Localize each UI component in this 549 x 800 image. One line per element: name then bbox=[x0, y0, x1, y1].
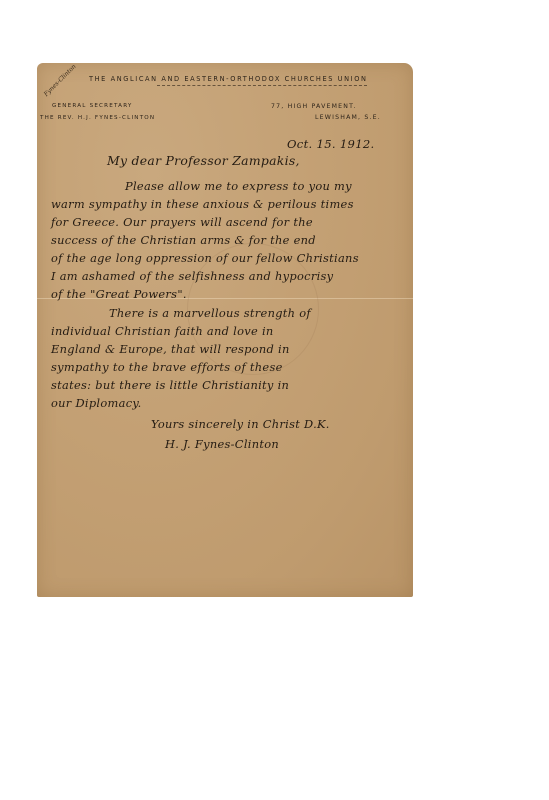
letter-line: for Greece. Our prayers will ascend for … bbox=[51, 215, 313, 229]
letterhead-address-line1: 77, High Pavement. bbox=[271, 103, 357, 110]
corner-annotation: Fynes-Clinton bbox=[43, 63, 78, 98]
letter-line: of the "Great Powers". bbox=[51, 287, 187, 301]
letter-line: our Diplomacy. bbox=[51, 396, 142, 410]
letter-signature: H. J. Fynes-Clinton bbox=[165, 437, 279, 451]
letterhead-organization: THE ANGLICAN AND EASTERN-ORTHODOX CHURCH… bbox=[89, 75, 368, 83]
letter-line: I am ashamed of the selfishness and hypo… bbox=[51, 269, 333, 283]
letter-line: England & Europe, that will respond in bbox=[51, 342, 290, 356]
letter-line: states: but there is little Christianity… bbox=[51, 378, 289, 392]
letterhead-underline bbox=[157, 85, 367, 86]
letter-line: success of the Christian arms & for the … bbox=[51, 233, 316, 247]
letter-line: of the age long oppression of our fellow… bbox=[51, 251, 359, 265]
letter-line: There is a marvellous strength of bbox=[109, 306, 311, 320]
letter-line: individual Christian faith and love in bbox=[51, 324, 274, 338]
letter-line: warm sympathy in these anxious & perilou… bbox=[51, 197, 354, 211]
letterhead-secretary-name: The Rev. H.J. Fynes-Clinton bbox=[40, 115, 155, 121]
letter-line: sympathy to the brave efforts of these bbox=[51, 360, 283, 374]
letterhead-secretary-role: General Secretary bbox=[52, 103, 133, 109]
letter-paper: Fynes-Clinton THE ANGLICAN AND EASTERN-O… bbox=[37, 63, 413, 597]
letterhead-address-line2: Lewisham, S.E. bbox=[315, 114, 381, 121]
letter-salutation: My dear Professor Zampakis, bbox=[107, 153, 300, 168]
letter-date: Oct. 15. 1912. bbox=[287, 137, 375, 151]
letter-line: Please allow me to express to you my bbox=[125, 179, 352, 193]
letter-closing: Yours sincerely in Christ D.K. bbox=[151, 417, 330, 431]
